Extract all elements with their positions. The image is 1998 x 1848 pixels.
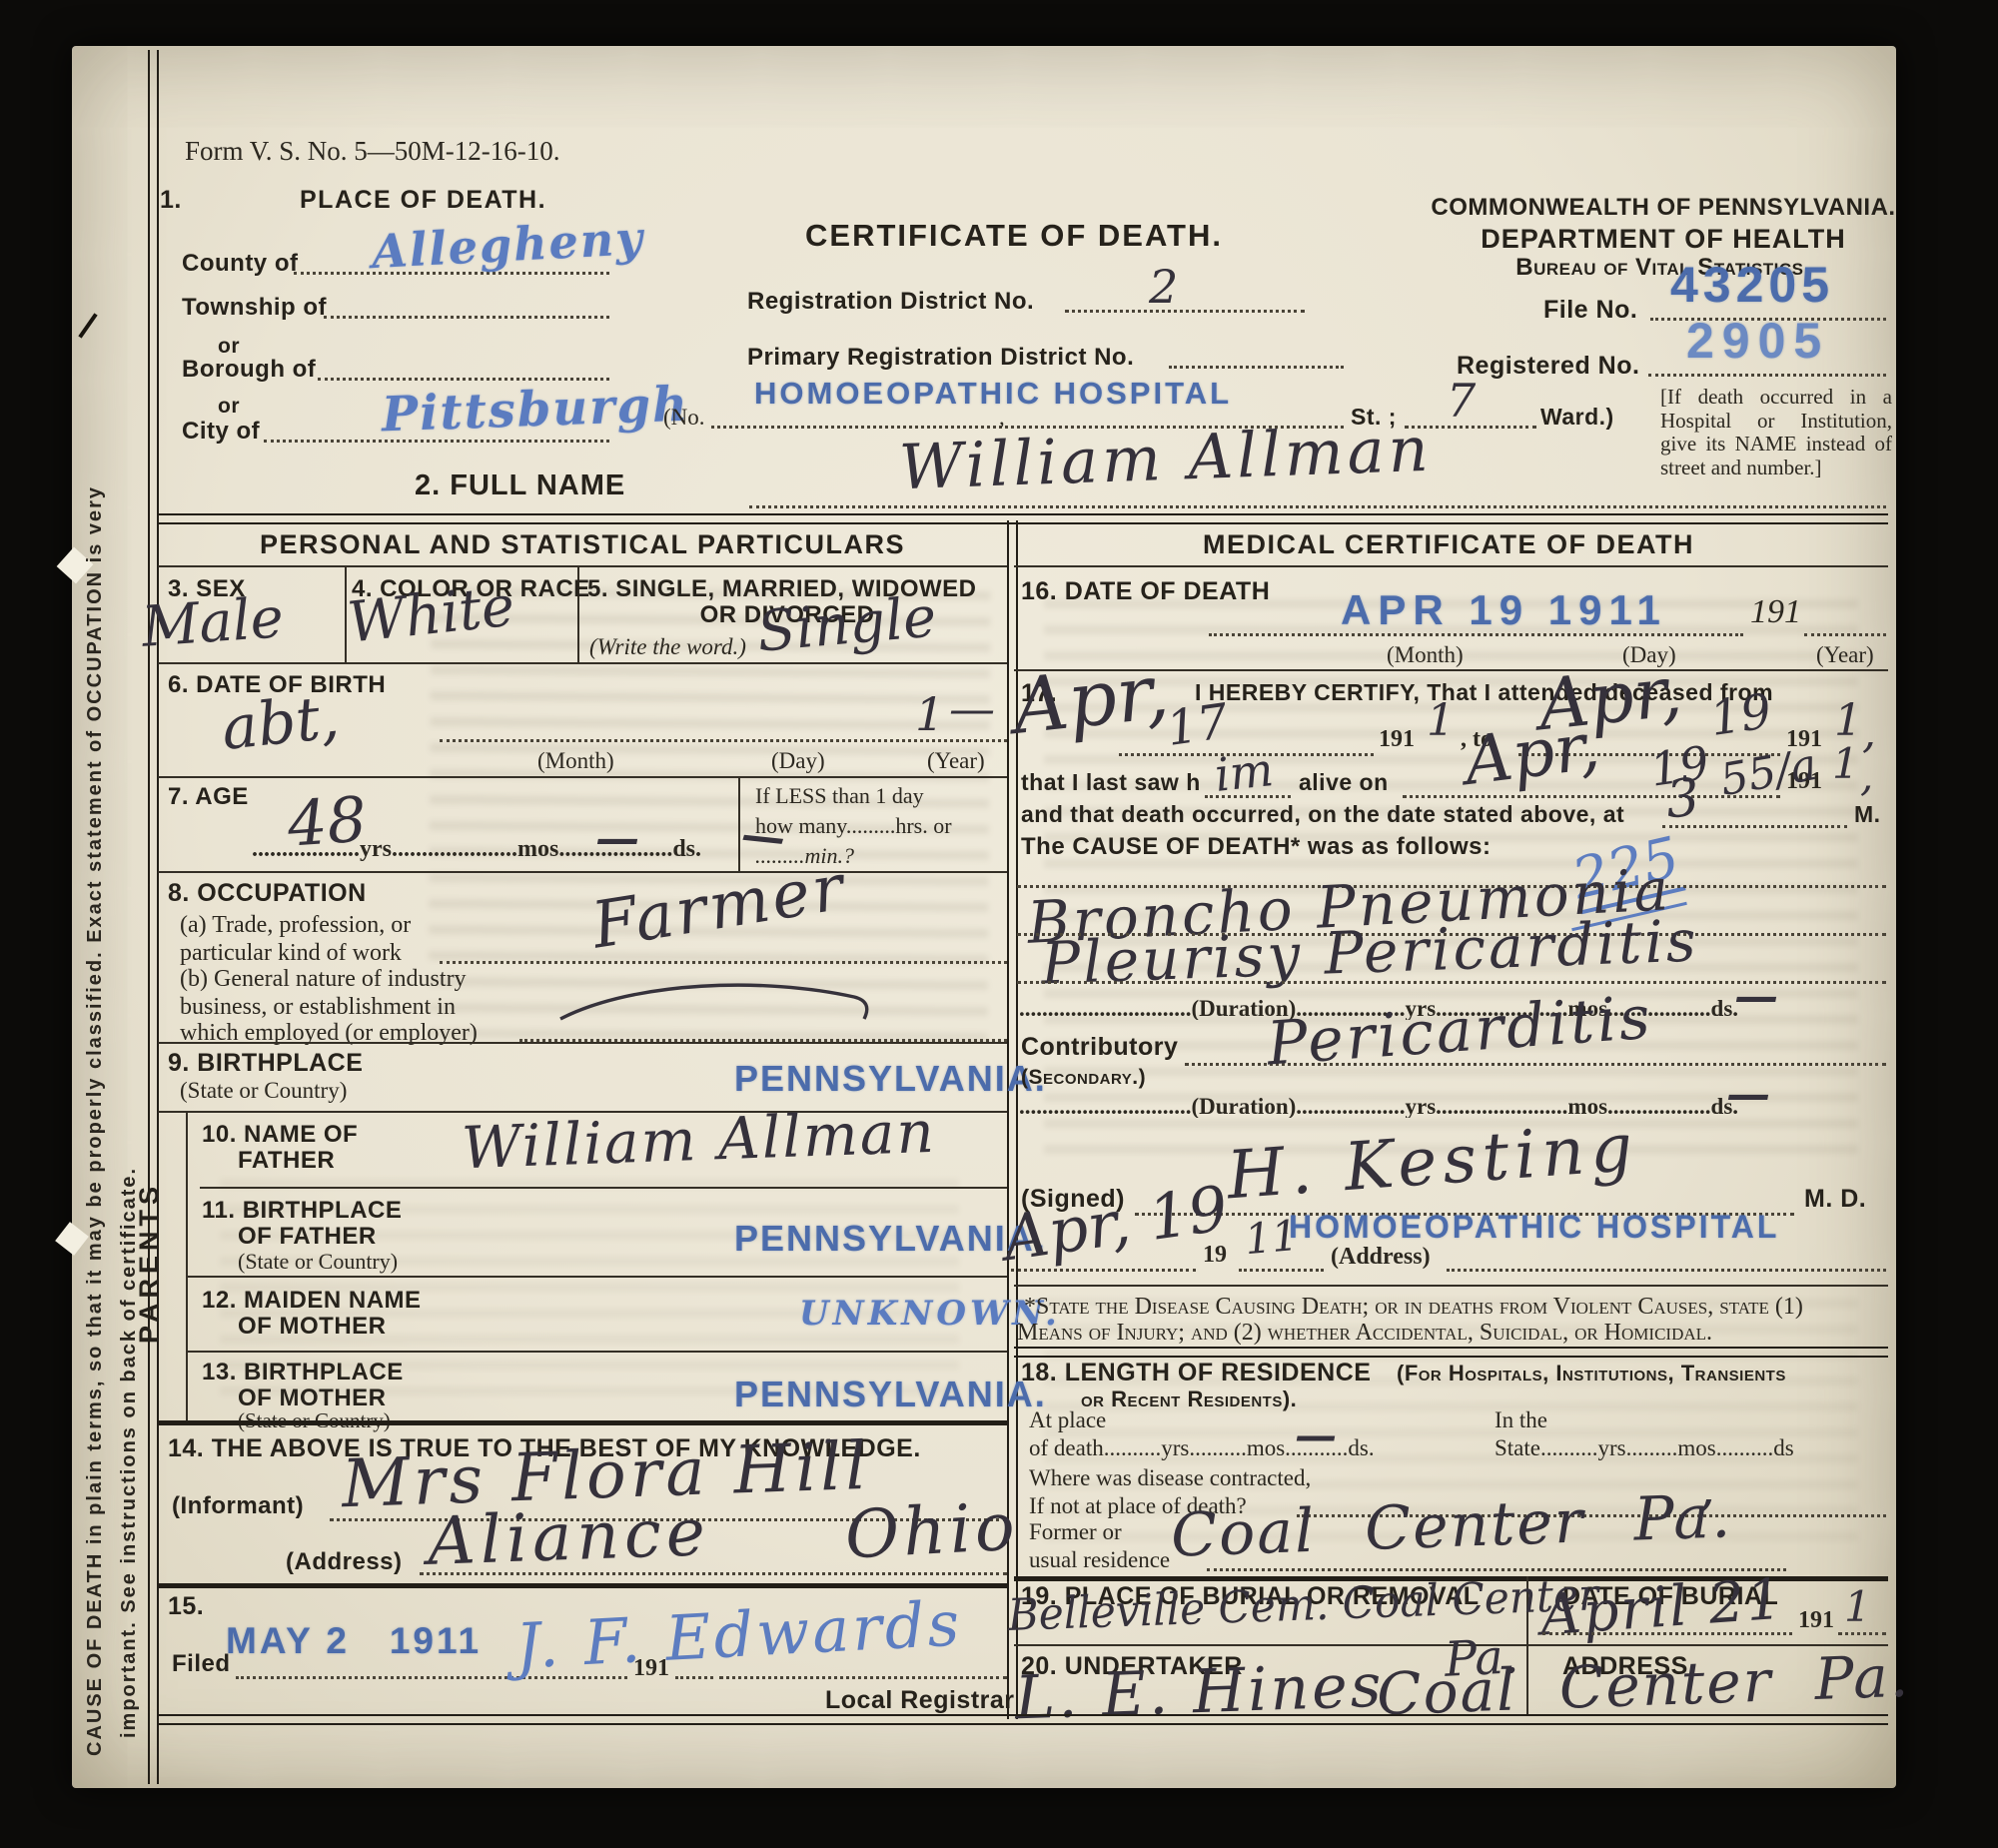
certificate-title: CERTIFICATE OF DEATH. (805, 220, 1223, 251)
row-rule (186, 1351, 1007, 1353)
right-title-rule (1014, 565, 1888, 567)
bottom-rule (158, 1714, 1888, 1725)
occupation-a-line (440, 961, 1007, 964)
full-name-label: 2. FULL NAME (415, 471, 625, 500)
primary-district-line (1169, 366, 1344, 369)
margin-double-rule (148, 50, 159, 1784)
informant-address-value2: Ohio (843, 1494, 1020, 1569)
occupation-a2: particular kind of work (180, 941, 402, 965)
informant-address-value1: Aliance (427, 1499, 711, 1575)
margin-note-line1: CAUSE OF DEATH in plain terms, so that i… (84, 485, 107, 1756)
if-less-line1: If LESS than 1 day (755, 785, 924, 807)
right-section-title: MEDICAL CERTIFICATE OF DEATH (1009, 531, 1888, 558)
attended-from-day: 17 (1164, 697, 1231, 753)
birthplace-label: 9. BIRTHPLACE (168, 1051, 363, 1076)
comma-mark: , (999, 406, 1005, 429)
registered-no-value: 2905 (1686, 316, 1829, 366)
state-or-country-label: (State or Country) (238, 1251, 398, 1273)
row-rule (200, 1187, 1007, 1189)
residence-label: 18. LENGTH OF RESIDENCE (1021, 1361, 1371, 1386)
county-label: County of (182, 252, 298, 276)
residence-label-paren2: or Recent Residents). (1081, 1388, 1297, 1410)
signed-year-line (1239, 1269, 1324, 1272)
month-label: (Month) (537, 749, 614, 772)
full-name-value: William Allman (898, 419, 1433, 499)
father-name-value: William Allman (461, 1103, 936, 1178)
file-no-label: File No. (1543, 298, 1637, 323)
file-no-value: 43205 (1670, 260, 1834, 310)
commonwealth-line: COMMONWEALTH OF PENNSYLVANIA. (1429, 196, 1898, 220)
in-the-label: In the (1495, 1408, 1547, 1431)
father-name-label1: 10. NAME OF (202, 1123, 358, 1147)
at-place-label: At place (1029, 1408, 1106, 1431)
comma-mark: , (1862, 711, 1876, 755)
death-occurred-text: and that death occurred, on the date sta… (1021, 803, 1624, 826)
registration-district-label: Registration District No. (747, 290, 1034, 314)
address-label: (Address) (1331, 1245, 1431, 1269)
printed-19: 19 (1203, 1243, 1227, 1267)
dash-mark: — (1726, 1073, 1770, 1117)
full-name-line (749, 505, 1886, 508)
parents-divider (186, 1111, 188, 1420)
registered-no-label: Registered No. (1457, 354, 1639, 379)
filed-date-stamp: MAY 2 1911 (226, 1622, 482, 1659)
place-of-death-label: PLACE OF DEATH. (300, 188, 546, 213)
hand-year-digit: 1 (1844, 1586, 1871, 1628)
city-label: City of (182, 420, 260, 444)
date-of-death-label: 16. DATE OF DEATH (1021, 579, 1270, 604)
hand-year-digit: 1 (1834, 699, 1862, 743)
street-no-label: (No. (663, 406, 705, 429)
date-of-death-stamp: APR 19 1911 (1341, 589, 1667, 631)
race-value: White (346, 578, 517, 651)
mother-name-label1: 12. MAIDEN NAME (202, 1289, 422, 1313)
day-label: (Day) (771, 749, 825, 772)
heavy-rule (1014, 1347, 1888, 1358)
year-label: (Year) (1816, 643, 1874, 666)
date-of-burial-line (1542, 1632, 1792, 1635)
row-rule (186, 1276, 1007, 1278)
county-value: Allegheny (371, 215, 645, 275)
printed-191: 191 (1798, 1608, 1834, 1632)
undertaker-address-value: Coal Center Pa. (1376, 1647, 1911, 1724)
year-label: (Year) (927, 749, 985, 772)
marital-value: Single (755, 589, 938, 660)
certify-text: I HEREBY CERTIFY, That I attended deceas… (1195, 681, 1773, 704)
or-word: or (218, 396, 240, 417)
dash-mark: — (595, 817, 639, 861)
father-birthplace-label1: 11. BIRTHPLACE (202, 1199, 402, 1223)
father-name-label2: FATHER (238, 1149, 335, 1173)
residence-label-paren1: (For Hospitals, Institutions, Transients (1397, 1363, 1786, 1385)
cell-divider (738, 776, 740, 871)
dob-year-value: 1 (915, 691, 944, 737)
mother-birthplace-value: PENNSYLVANIA. (734, 1377, 1047, 1412)
township-line (324, 316, 609, 319)
usual-residence-line (1207, 1568, 1786, 1571)
printed-191-dots (1838, 1632, 1886, 1635)
time-m-label: M. (1854, 803, 1881, 826)
cause-of-death-label: The CAUSE OF DEATH* was as follows: (1021, 835, 1491, 859)
alive-on-month: Apr, (1461, 713, 1602, 795)
dash-mark: — (1734, 975, 1778, 1019)
item15-number: 15. (168, 1594, 204, 1619)
mother-name-label2: OF MOTHER (238, 1315, 387, 1339)
borough-label: Borough of (182, 358, 316, 382)
comma-mark: , (1860, 755, 1873, 797)
last-saw-hand: im (1213, 746, 1276, 798)
occupation-b2: business, or establishment in (180, 995, 456, 1019)
township-label: Township of (182, 296, 327, 320)
hospital-note: [If death occurred in a Hospital or Inst… (1660, 386, 1892, 479)
heavy-rule (158, 1420, 1007, 1425)
former-label: Former or (1029, 1520, 1122, 1543)
state-units-line: State..........yrs.........mos..........… (1495, 1436, 1794, 1459)
item1-number: 1. (160, 188, 182, 213)
flourish-mark (554, 967, 884, 1031)
where-contracted-label: Where was disease contracted, (1029, 1466, 1311, 1489)
row-rule (158, 776, 1007, 778)
row-rule (158, 662, 1007, 664)
mother-birthplace-label2: OF MOTHER (238, 1386, 387, 1410)
age-label: 7. AGE (168, 785, 249, 809)
city-value: Pittsburgh (381, 381, 689, 440)
write-word-label: (Write the word.) (589, 635, 746, 658)
left-section-title: PERSONAL AND STATISTICAL PARTICULARS (158, 531, 1007, 558)
hospital-name-stamp: HOMOEOPATHIC HOSPITAL (754, 378, 1232, 409)
ward-label: Ward.) (1540, 406, 1614, 429)
month-label: (Month) (1387, 643, 1464, 666)
printed-191: 191 (1750, 595, 1801, 629)
hand-year-digit: 1 (1832, 743, 1859, 785)
row-rule (158, 871, 1007, 873)
last-saw-post: alive on (1299, 771, 1389, 794)
occupation-b1: (b) General nature of industry (180, 967, 467, 991)
filed-label: Filed (172, 1652, 231, 1676)
secondary-label: (Secondary.) (1021, 1067, 1146, 1088)
hospital-address-stamp: HOMOEOPATHIC HOSPITAL (1289, 1211, 1779, 1243)
parents-label: PARENTS (134, 1182, 165, 1344)
row-rule (1014, 1285, 1888, 1287)
scanned-death-certificate: CAUSE OF DEATH in plain terms, so that i… (0, 0, 1998, 1848)
usual-residence-value: Coal Center Pa. (1170, 1486, 1733, 1566)
date-of-death-line2 (1804, 633, 1886, 636)
sex-value: Male (140, 590, 285, 656)
informant-address-label: (Address) (286, 1550, 403, 1574)
date-of-death-line (1209, 633, 1743, 636)
heavy-rule (158, 1583, 1007, 1588)
registered-no-line (1648, 374, 1886, 377)
attended-from-month: Apr, (1009, 653, 1172, 745)
registrar-line (719, 1676, 1007, 1679)
birthplace-value: PENNSYLVANIA. (734, 1061, 1047, 1097)
primary-district-label: Primary Registration District No. (747, 346, 1134, 370)
local-registrar-label: Local Registrar (825, 1688, 1015, 1713)
dob-value: abt, (219, 687, 342, 759)
if-less-line2: how many.........hrs. or (755, 815, 952, 837)
registration-district-line (1065, 310, 1305, 313)
filed-year-line (675, 1676, 713, 1679)
dash-mark: — (949, 685, 995, 731)
address-line (1447, 1269, 1886, 1272)
dash-mark: — (1295, 1414, 1337, 1456)
informant-label: (Informant) (172, 1494, 304, 1518)
md-label: M. D. (1804, 1187, 1866, 1212)
last-saw-pre: that I last saw h (1021, 771, 1201, 794)
state-or-country-label: (State or Country) (180, 1079, 347, 1102)
form-number: Form V. S. No. 5—50M-12-16-10. (185, 138, 560, 165)
footnote-line2: Means of Injury; and (2) whether Acciden… (1017, 1321, 1712, 1345)
registration-district-value: 2 (1149, 264, 1178, 310)
father-birthplace-label2: OF FATHER (238, 1225, 377, 1249)
header-bottom-rule (158, 513, 1888, 524)
ward-value: 7 (1447, 378, 1476, 424)
row-rule (158, 1042, 1007, 1044)
department-line: DEPARTMENT OF HEALTH (1429, 226, 1898, 253)
contributory-label: Contributory (1021, 1035, 1178, 1060)
signed-date-line (1011, 1269, 1196, 1272)
time-hour-value: 3 (1664, 772, 1702, 827)
usual-residence-label: usual residence (1029, 1548, 1170, 1571)
left-title-rule (158, 565, 1007, 567)
hand-year-digit: 1 (1427, 699, 1455, 743)
footnote-line1: *State the Disease Causing Death; or in … (1024, 1295, 1803, 1319)
printed-191: 191 (1379, 727, 1415, 751)
occupation-label: 8. OCCUPATION (168, 881, 367, 906)
mother-birthplace-label1: 13. BIRTHPLACE (202, 1361, 404, 1385)
attended-to-day: 19 (1707, 687, 1774, 743)
occupation-a1: (a) Trade, profession, or (180, 913, 411, 937)
father-birthplace-value: PENNSYLVANIA. (734, 1221, 1047, 1257)
or-word: or (218, 336, 240, 357)
